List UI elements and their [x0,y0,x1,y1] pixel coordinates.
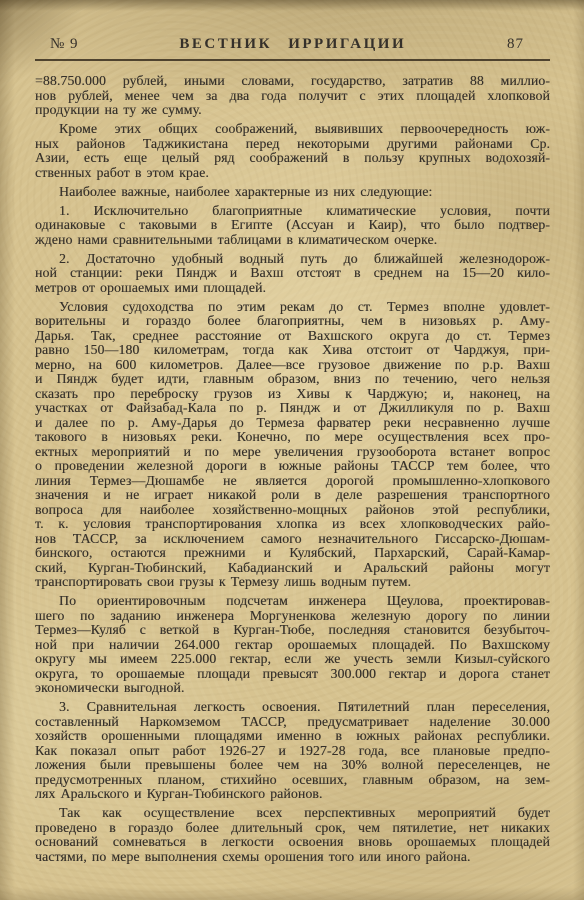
paragraph: 2. Достаточно удобный водный путь до бли… [35,252,550,296]
text-line: проведено в гораздо более длительный сро… [35,821,550,836]
text-line: шего по заданию инженера Моргуненкова же… [35,609,550,624]
paragraph: Условия судоходства по этим рекам до ст.… [35,300,550,590]
text-line: Термез—Куляб с веткой в Курган-Тюбе, пос… [35,623,550,638]
text-line: нов ТАССР, за исключением самого незначи… [35,532,550,547]
issue-number: № 9 [50,36,79,53]
text-line: бинского, остаются прежними и Кулябский,… [35,546,550,561]
text-line: Так как осуществление всех перспективных… [35,806,550,821]
text-line: Как показал опыт работ 1926-27 и 1927-28… [35,744,550,759]
text-line: продукции на ту же сумму. [35,103,550,118]
paragraph: Наиболее важные, наиболее характерные из… [35,185,550,200]
text-line: оснований сомневаться в легкости освоени… [35,835,550,850]
text-line: составленный Наркомземом ТАССР, предусма… [35,715,550,730]
text-line: нов рублей, менее чем за два года получи… [35,89,550,104]
text-line: т. к. условия транспортирования хлопка и… [35,517,550,532]
text-line: округу мы имеем 225.000 гектар, если же … [35,652,550,667]
text-line: равно 150—180 километрам, тогда как Хива… [35,343,550,358]
paragraph: 1. Исключительно благоприятные климатиче… [35,204,550,248]
text-line: частями, по мере выполнения схемы орошен… [35,850,550,865]
text-line: 1. Исключительно благоприятные климатиче… [35,204,550,219]
text-line: ложения были превышены более чем на 30% … [35,758,550,773]
text-line: сказать про переброску грузов из Хивы к … [35,387,550,402]
page-number: 87 [507,36,524,53]
text-line: ных районов Таджикистана перед некоторым… [35,137,550,152]
text-line: предусмотренных планом, стихийно осевших… [35,773,550,788]
paragraph: =88.750.000 рублей, иными словами, госуд… [35,74,550,118]
text-line: ждено нами сравнительными таблицами в кл… [35,233,550,248]
text-line: ский, Курган-Тюбинский, Кабадианский и А… [35,561,550,576]
text-line: ной при наличии 264.000 гектар орошаемых… [35,638,550,653]
text-line: хозяйств орошенными площадями именно в ю… [35,729,550,744]
text-line: транспортировать свои грузы к Термезу ли… [35,575,550,590]
text-line: ной станции: реки Пяндж и Вахш отстоят в… [35,266,550,281]
text-line: метров от орошаемых ими площадей. [35,281,550,296]
header-rule [35,59,550,61]
text-line: По ориентировочным подсчетам инженера Ще… [35,594,550,609]
journal-title: ВЕСТНИК ИРРИГАЦИИ [79,36,507,53]
text-line: лях Аральского и Курган-Тюбинского район… [35,787,550,802]
text-line: и Пяндж будет идти, главным образом, вни… [35,372,550,387]
text-line: Наиболее важные, наиболее характерные из… [35,185,550,200]
text-line: значения и не играет никакой роли в деле… [35,488,550,503]
text-line: экономически выгодной. [35,681,550,696]
page-header: № 9 ВЕСТНИК ИРРИГАЦИИ 87 [35,36,550,59]
text-line: Кроме этих общих соображений, выявивших … [35,122,550,137]
text-line: ственных работ в этом крае. [35,166,550,181]
text-line: Условия судоходства по этим рекам до ст.… [35,300,550,315]
text-line: линия Термез—Дюшамбе не является дорогой… [35,474,550,489]
text-line: ектных мероприятий и по мере увеличения … [35,445,550,460]
text-line: и далее по р. Аму-Дарья до Термеза фарва… [35,416,550,431]
text-line: ворительны и гораздо более благоприятны,… [35,314,550,329]
text-line: такового в низовьях реки. Конечно, по ме… [35,430,550,445]
text-line: Азии, есть еще целый ряд соображений в п… [35,151,550,166]
article-body: =88.750.000 рублей, иными словами, госуд… [35,74,550,864]
text-line: Дарья. Так, среднее расстояние от Вахшск… [35,329,550,344]
text-line: участках от Файзабад-Кала по р. Пяндж и … [35,401,550,416]
text-line: округа, то орошаемые площади превысят 30… [35,667,550,682]
paragraph: 3. Сравнительная легкость освоения. Пяти… [35,700,550,802]
text-line: мерно, на 600 километров. Далее—все груз… [35,358,550,373]
text-line: 3. Сравнительная легкость освоения. Пяти… [35,700,550,715]
paragraph: По ориентировочным подсчетам инженера Ще… [35,594,550,696]
scanned-journal-page: № 9 ВЕСТНИК ИРРИГАЦИИ 87 =88.750.000 руб… [0,0,584,900]
text-line: 2. Достаточно удобный водный путь до бли… [35,252,550,267]
text-line: =88.750.000 рублей, иными словами, госуд… [35,74,550,89]
text-line: о проведении железной дороги в южные рай… [35,459,550,474]
text-line: одинаковые с таковыми в Египте (Ассуан и… [35,218,550,233]
text-line: вопроса для наиболее хозяйственно-мощных… [35,503,550,518]
paragraph: Так как осуществление всех перспективных… [35,806,550,864]
paragraph: Кроме этих общих соображений, выявивших … [35,122,550,180]
